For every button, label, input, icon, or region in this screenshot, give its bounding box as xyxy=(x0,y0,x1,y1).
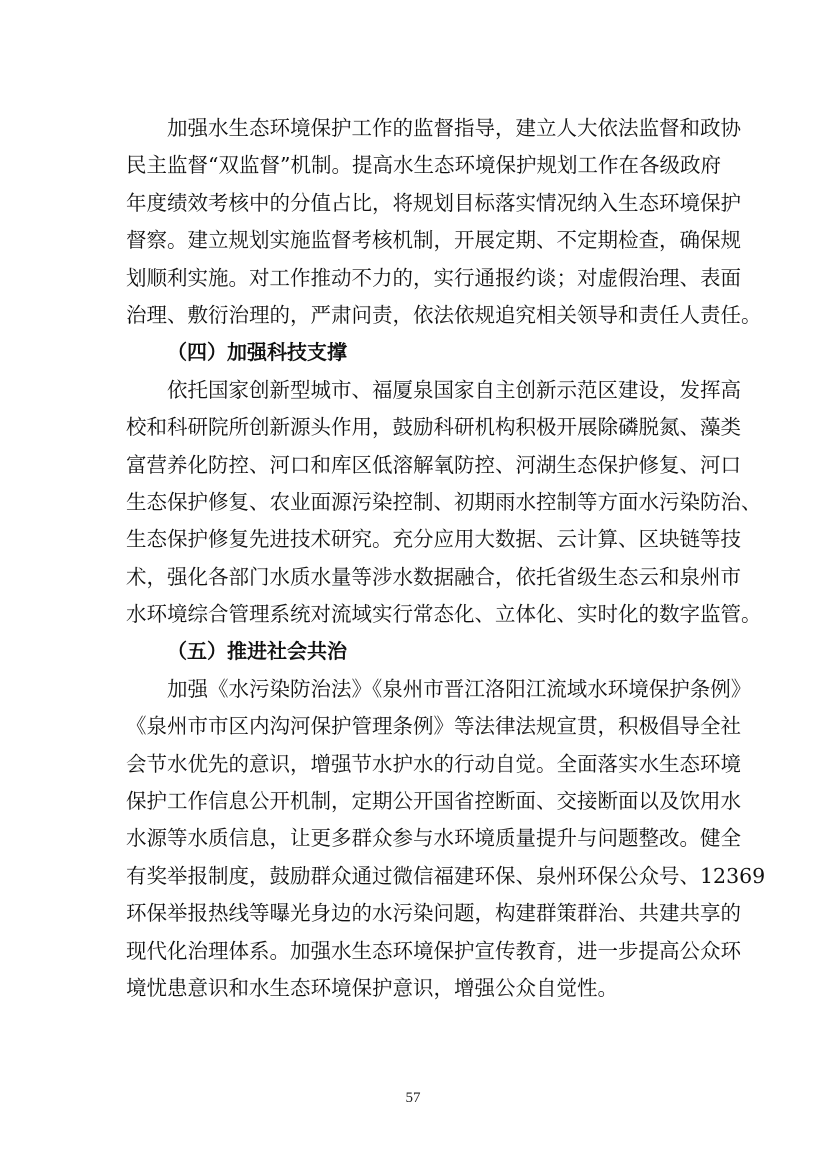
text-line: 划顺利实施。对工作推动不力的，实行通报约谈；对虚假治理、表面 xyxy=(126,260,704,297)
text-line: 富营养化防控、河口和库区低溶解氧防控、河湖生态保护修复、河口 xyxy=(126,447,704,484)
text-line: 术，强化各部门水质水量等涉水数据融合，依托省级生态云和泉州市 xyxy=(126,559,704,596)
paragraph-supervision: 加强水生态环境保护工作的监督指导，建立人大依法监督和政协 民主监督“双监督”机制… xyxy=(126,110,704,334)
text-line: 督察。建立规划实施监督考核机制，开展定期、不定期检查，确保规 xyxy=(126,222,704,259)
text-line: 生态保护修复、农业面源污染控制、初期雨水控制等方面水污染防治、 xyxy=(126,484,704,521)
text-line: 水源等水质信息，让更多群众参与水环境质量提升与问题整改。健全 xyxy=(126,820,704,857)
text-line: 加强《水污染防治法》《泉州市晋江洛阳江流域水环境保护条例》 xyxy=(126,671,704,708)
section-heading-social-governance: （五）推进社会共治 xyxy=(126,633,704,670)
text-line: 生态保护修复先进技术研究。充分应用大数据、云计算、区块链等技 xyxy=(126,521,704,558)
text-line: 加强水生态环境保护工作的监督指导，建立人大依法监督和政协 xyxy=(126,110,704,147)
paragraph-social-governance: 加强《水污染防治法》《泉州市晋江洛阳江流域水环境保护条例》 《泉州市市区内沟河保… xyxy=(126,671,704,1008)
text-line: 现代化治理体系。加强水生态环境保护宣传教育，进一步提高公众环 xyxy=(126,933,704,970)
page-number: 57 xyxy=(0,1090,826,1107)
text-line: 水环境综合管理系统对流域实行常态化、立体化、实时化的数字监管。 xyxy=(126,596,704,633)
text-line: 校和科研院所创新源头作用，鼓励科研机构积极开展除磷脱氮、藻类 xyxy=(126,409,704,446)
text-line: 会节水优先的意识，增强节水护水的行动自觉。全面落实水生态环境 xyxy=(126,746,704,783)
section-heading-tech-support: （四）加强科技支撑 xyxy=(126,334,704,371)
text-line: 年度绩效考核中的分值占比，将规划目标落实情况纳入生态环境保护 xyxy=(126,185,704,222)
text-line: 民主监督“双监督”机制。提高水生态环境保护规划工作在各级政府 xyxy=(126,147,704,184)
text-line: 保护工作信息公开机制，定期公开国省控断面、交接断面以及饮用水 xyxy=(126,783,704,820)
text-line: 有奖举报制度，鼓励群众通过微信福建环保、泉州环保公众号、12369 xyxy=(126,858,704,895)
paragraph-tech-support: 依托国家创新型城市、福厦泉国家自主创新示范区建设，发挥高 校和科研院所创新源头作… xyxy=(126,372,704,634)
document-body: 加强水生态环境保护工作的监督指导，建立人大依法监督和政协 民主监督“双监督”机制… xyxy=(126,110,704,1007)
text-line: 依托国家创新型城市、福厦泉国家自主创新示范区建设，发挥高 xyxy=(126,372,704,409)
text-line: 环保举报热线等曝光身边的水污染问题，构建群策群治、共建共享的 xyxy=(126,895,704,932)
text-line: 境忧患意识和水生态环境保护意识，增强公众自觉性。 xyxy=(126,970,704,1007)
document-page: 加强水生态环境保护工作的监督指导，建立人大依法监督和政协 民主监督“双监督”机制… xyxy=(0,0,826,1169)
text-line: 《泉州市市区内沟河保护管理条例》等法律法规宣贯，积极倡导全社 xyxy=(126,708,704,745)
text-line: 治理、敷衍治理的，严肃问责，依法依规追究相关领导和责任人责任。 xyxy=(126,297,704,334)
